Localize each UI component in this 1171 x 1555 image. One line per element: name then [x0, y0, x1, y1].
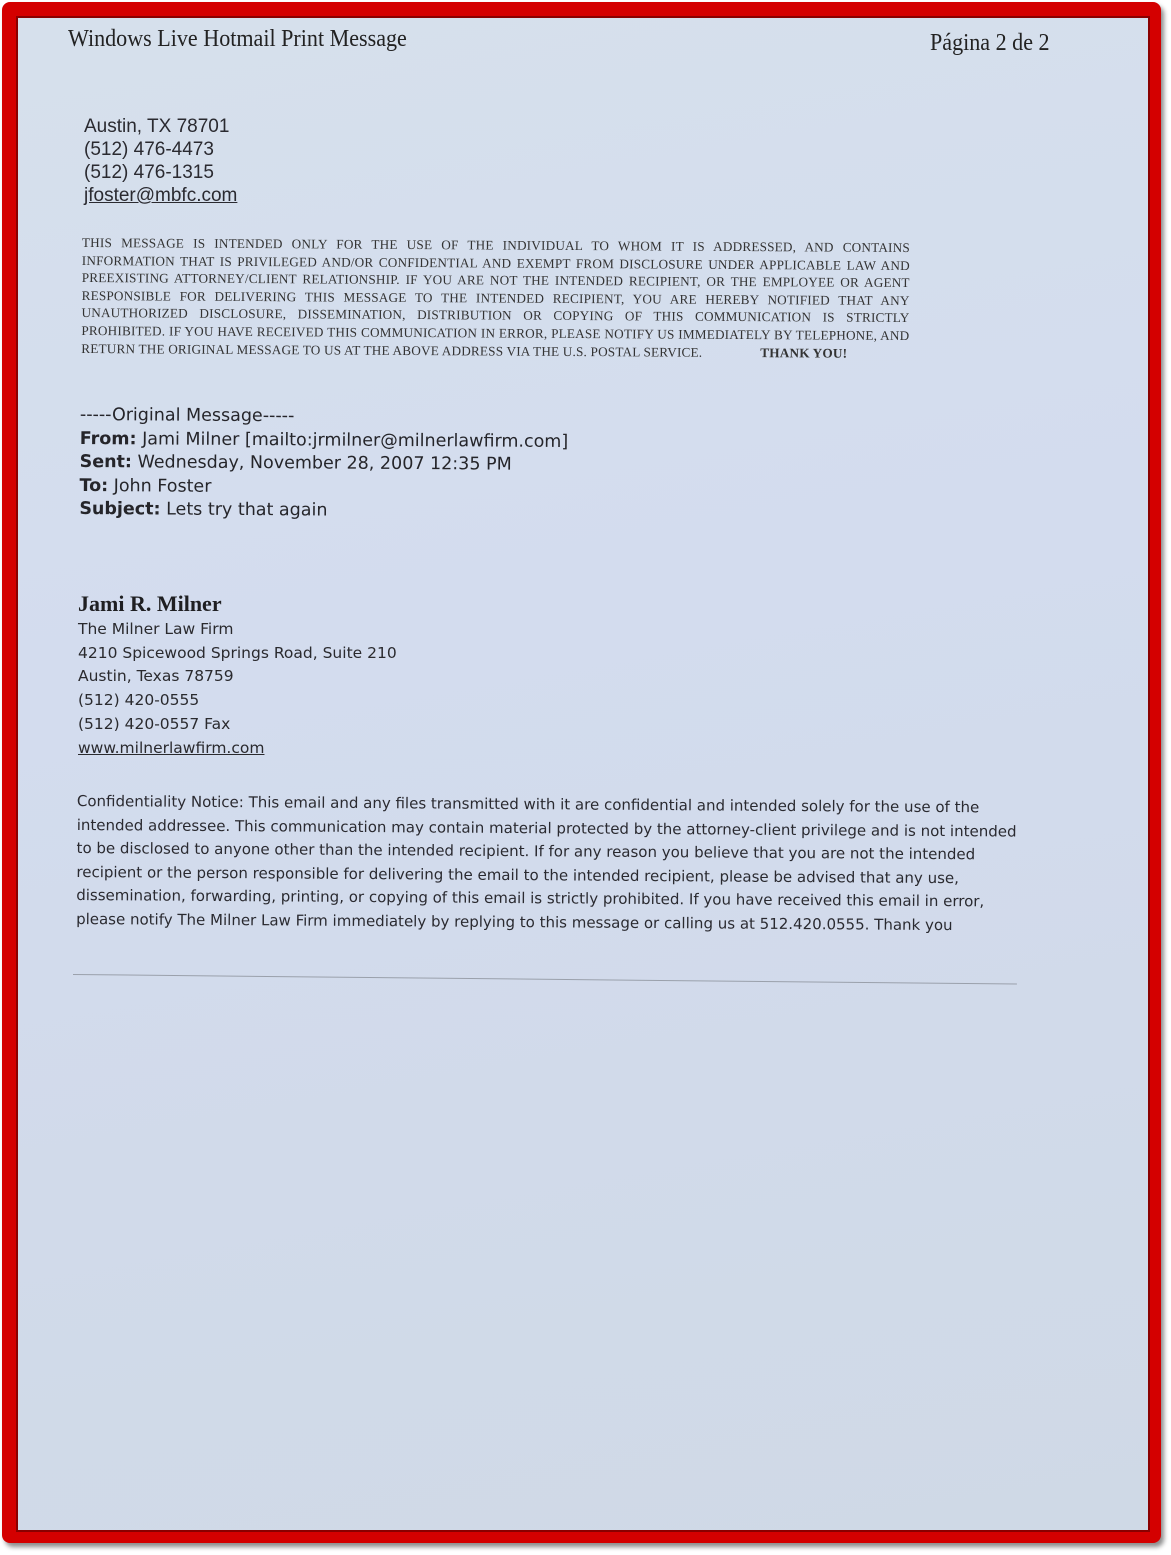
subject-label: Subject:: [79, 499, 160, 519]
subject-row: Subject: Lets try that again: [79, 498, 568, 525]
legal-disclaimer-thanks: THANK YOU!: [760, 345, 847, 361]
signature-name: Jami R. Milner: [78, 590, 397, 618]
printed-page: Windows Live Hotmail Print Message Págin…: [16, 16, 1150, 1532]
sent-row: Sent: Wednesday, November 28, 2007 12:35…: [80, 451, 569, 478]
original-message-header: -----Original Message----- From: Jami Mi…: [79, 404, 568, 525]
horizontal-divider: [73, 974, 1017, 985]
sender-phone-2: (512) 476-1315: [84, 161, 237, 184]
milner-signature-block: Jami R. Milner The Milner Law Firm 4210 …: [78, 590, 397, 760]
signature-website-link[interactable]: www.milnerlawfirm.com: [78, 737, 397, 761]
sent-value: Wednesday, November 28, 2007 12:35 PM: [137, 453, 511, 475]
original-message-separator: -----Original Message-----: [80, 404, 569, 431]
page-indicator: Página 2 de 2: [930, 30, 1050, 57]
to-label: To:: [79, 476, 108, 496]
from-label: From:: [80, 429, 137, 449]
sender-city: Austin, TX 78701: [84, 115, 237, 138]
legal-disclaimer: THIS MESSAGE IS INTENDED ONLY FOR THE US…: [81, 234, 910, 362]
signature-address: 4210 Spicewood Springs Road, Suite 210: [78, 642, 397, 666]
from-row: From: Jami Milner [mailto:jrmilner@milne…: [80, 428, 569, 455]
signature-firm: The Milner Law Firm: [78, 618, 397, 642]
to-row: To: John Foster: [79, 475, 568, 502]
sender-signature-block: Austin, TX 78701 (512) 476-4473 (512) 47…: [84, 115, 237, 207]
signature-phone: (512) 420-0555: [78, 689, 397, 713]
sender-email-link[interactable]: jfoster@mbfc.com: [84, 184, 237, 207]
sender-phone: (512) 476-4473: [84, 138, 237, 161]
signature-fax: (512) 420-0557 Fax: [78, 713, 397, 737]
legal-disclaimer-text: THIS MESSAGE IS INTENDED ONLY FOR THE US…: [81, 235, 910, 359]
sent-label: Sent:: [80, 452, 132, 472]
signature-city: Austin, Texas 78759: [78, 665, 397, 689]
print-header-title: Windows Live Hotmail Print Message: [68, 26, 407, 53]
from-value: Jami Milner [mailto:jrmilner@milnerlawfi…: [142, 429, 568, 452]
confidentiality-notice: Confidentiality Notice: This email and a…: [76, 790, 1022, 938]
red-photo-frame: Windows Live Hotmail Print Message Págin…: [2, 2, 1161, 1543]
to-value: John Foster: [114, 476, 212, 497]
subject-value: Lets try that again: [166, 500, 327, 521]
